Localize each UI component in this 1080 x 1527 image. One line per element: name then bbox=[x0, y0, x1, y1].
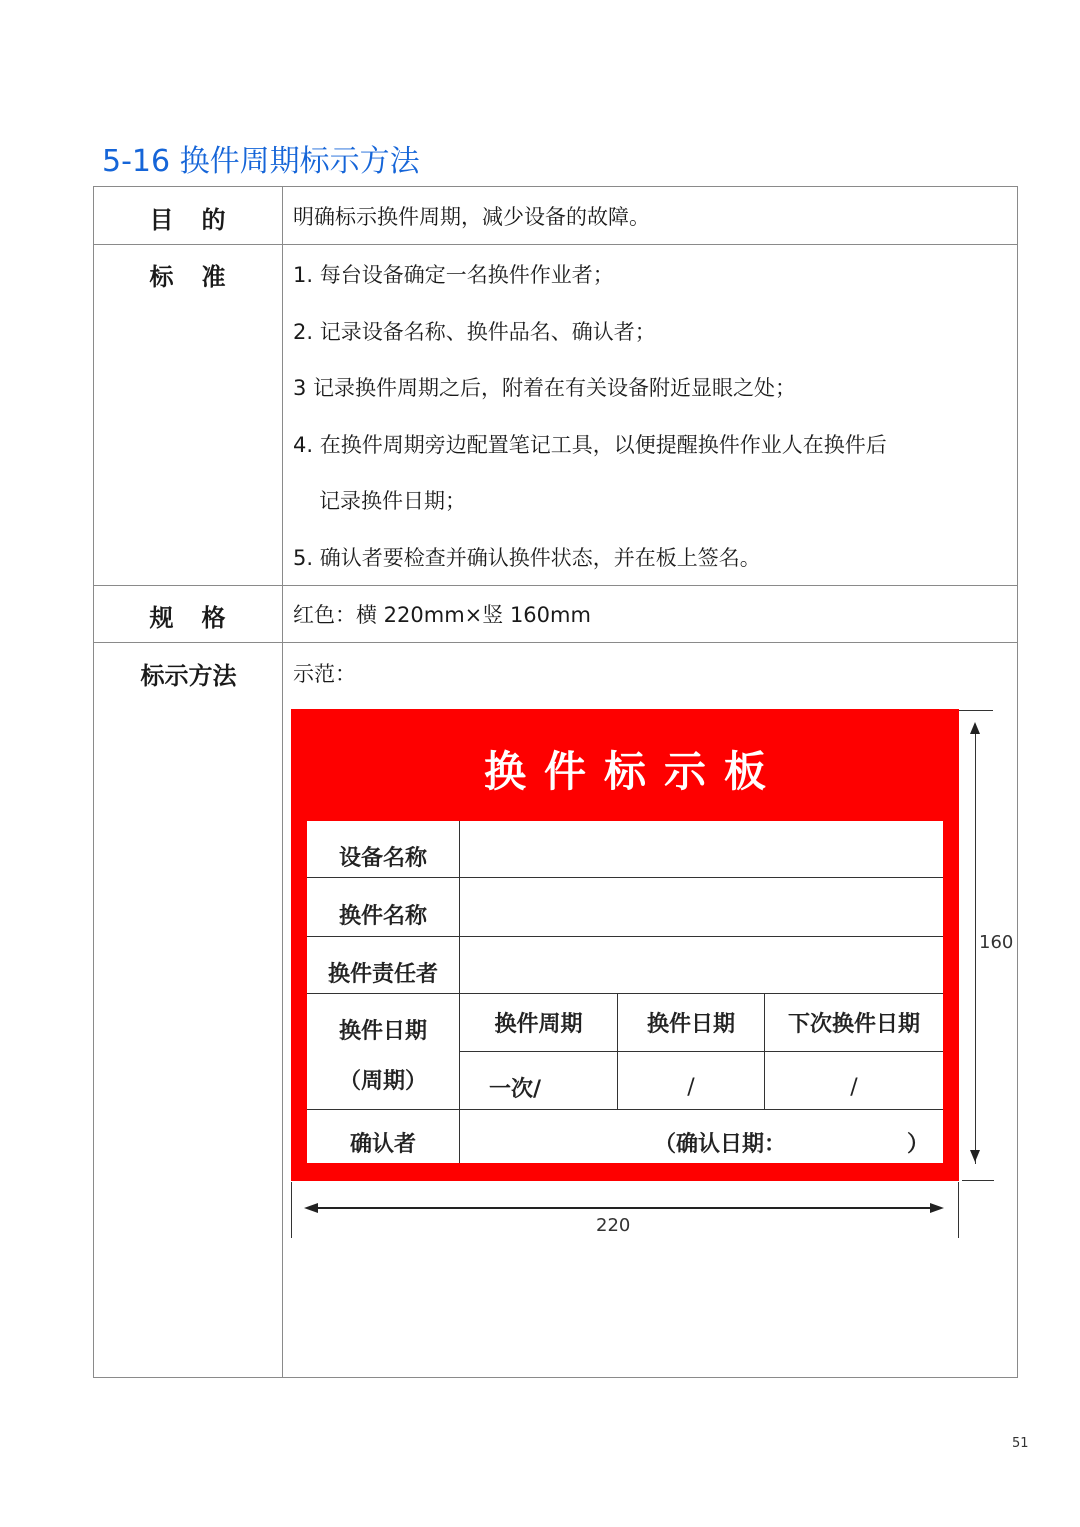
part-name-label: 换件名称 bbox=[307, 893, 459, 936]
standard-line-3: 3 记录换件周期之后，附着在有关设备附近显眼之处； bbox=[293, 372, 796, 402]
arrow-up-icon bbox=[970, 722, 980, 734]
arrow-right-icon bbox=[930, 1203, 944, 1213]
standard-line-1: 1. 每台设备确定一名换件作业者； bbox=[293, 259, 614, 289]
part-change-board: 换件标示板 设备名称 换件名称 换件责任者 换件日期 （周期） 换件周期 换件日… bbox=[291, 709, 959, 1181]
spec-row: 规 格 红色：横 220mm×竖 160mm bbox=[94, 586, 1017, 643]
standard-line-4: 4. 在换件周期旁边配置笔记工具，以便提醒换件作业人在换件后 bbox=[293, 429, 887, 459]
board-title: 换件标示板 bbox=[291, 739, 959, 799]
section-title: 5-16 换件周期标示方法 bbox=[102, 136, 420, 180]
method-label: 标示方法 bbox=[94, 656, 283, 691]
standard-content: 1. 每台设备确定一名换件作业者； 2. 记录设备名称、换件品名、确认者； 3 … bbox=[283, 245, 1017, 585]
standard-row: 标 准 1. 每台设备确定一名换件作业者； 2. 记录设备名称、换件品名、确认者… bbox=[94, 245, 1017, 586]
purpose-label: 目 的 bbox=[94, 200, 283, 235]
standard-line-5: 5. 确认者要检查并确认换件状态，并在板上签名。 bbox=[293, 542, 761, 572]
spec-content: 红色：横 220mm×竖 160mm bbox=[283, 586, 1017, 642]
confirm-date-field[interactable]: （确认日期： ） bbox=[460, 1121, 943, 1163]
equipment-name-field[interactable] bbox=[460, 821, 943, 877]
responsible-label: 换件责任者 bbox=[307, 951, 459, 993]
standard-line-4-cont: 记录换件日期； bbox=[319, 485, 466, 515]
change-date-label: 换件日期 bbox=[307, 1011, 459, 1047]
board-form: 设备名称 换件名称 换件责任者 换件日期 （周期） 换件周期 换件日期 下次换件… bbox=[307, 821, 943, 1163]
height-value: 160 bbox=[979, 932, 1013, 953]
purpose-content: 明确标示换件周期，减少设备的故障。 bbox=[283, 187, 1017, 244]
date-header: 换件日期 bbox=[618, 994, 764, 1051]
width-value: 220 bbox=[596, 1215, 630, 1236]
part-name-field[interactable] bbox=[460, 878, 943, 936]
method-label-cell: 标示方法 bbox=[94, 643, 283, 1377]
cycle-value[interactable]: 一次/ bbox=[460, 1065, 570, 1109]
responsible-field[interactable] bbox=[460, 937, 943, 993]
cycle-header: 换件周期 bbox=[460, 994, 617, 1051]
purpose-label-cell: 目 的 bbox=[94, 187, 283, 244]
equipment-name-label: 设备名称 bbox=[307, 835, 459, 877]
arrow-left-icon bbox=[304, 1203, 318, 1213]
cycle-label: （周期） bbox=[307, 1061, 459, 1097]
spec-label: 规 格 bbox=[94, 598, 283, 633]
confirmer-label: 确认者 bbox=[307, 1121, 459, 1163]
purpose-row: 目 的 明确标示换件周期，减少设备的故障。 bbox=[94, 187, 1017, 245]
method-text: 示范： bbox=[293, 658, 356, 688]
standard-label: 标 准 bbox=[94, 257, 283, 292]
purpose-text: 明确标示换件周期，减少设备的故障。 bbox=[293, 201, 650, 231]
standard-line-2: 2. 记录设备名称、换件品名、确认者； bbox=[293, 316, 656, 346]
next-date-header: 下次换件日期 bbox=[765, 994, 943, 1051]
next-date-value[interactable]: / bbox=[765, 1065, 943, 1109]
spec-text: 红色：横 220mm×竖 160mm bbox=[293, 599, 591, 629]
date-value[interactable]: / bbox=[618, 1065, 764, 1109]
arrow-down-icon bbox=[970, 1150, 980, 1162]
standard-label-cell: 标 准 bbox=[94, 245, 283, 585]
spec-label-cell: 规 格 bbox=[94, 586, 283, 642]
page-number: 51 bbox=[1012, 1436, 1029, 1451]
